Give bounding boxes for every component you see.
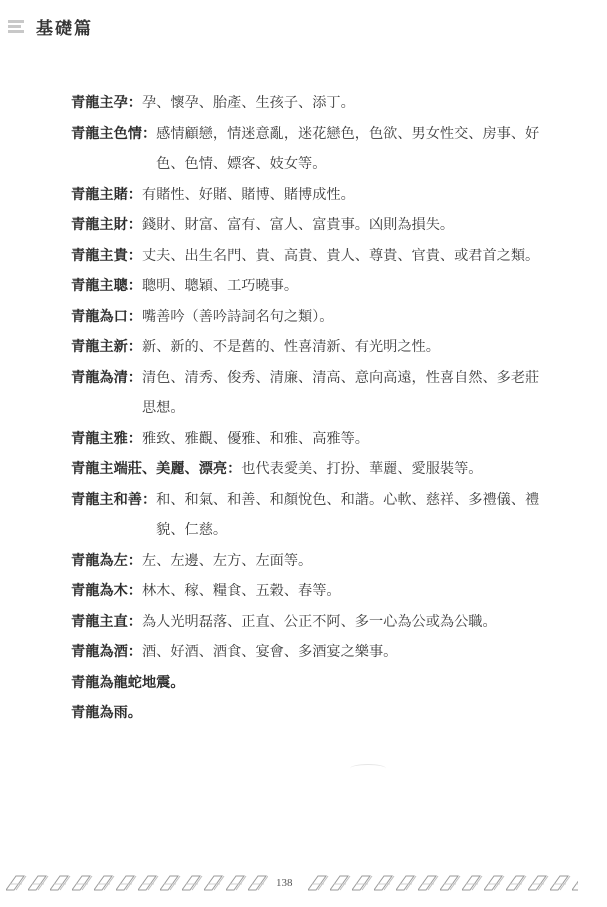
entry-item: 青龍主新：新、新的、不是舊的、性喜清新、有光明之性。 [71, 332, 551, 363]
entry-term: 青龍為酒： [71, 637, 142, 668]
entry-description: 丈夫、出生名門、貴、高貴、貴人、尊貴、官貴、或君首之類。 [142, 241, 551, 272]
entry-term: 青龍主孕： [71, 88, 142, 119]
entry-item: 青龍為龍蛇地震。 [71, 668, 551, 699]
entry-item: 青龍為雨。 [71, 698, 551, 729]
page-footer: 138 [0, 868, 607, 898]
entry-list: 青龍主孕：孕、懷孕、胎產、生孩子、添丁。青龍主色情：感情顧戀，情迷意亂，迷花戀色… [71, 88, 551, 729]
entry-description: 感情顧戀，情迷意亂，迷花戀色，色欲、男女性交、房事、好色、色情、嫖客、妓女等。 [156, 119, 551, 180]
entry-item: 青龍為清：清色、清秀、俊秀、清廉、清高、意向高遠，性喜自然、多老莊思想。 [71, 363, 551, 424]
entry-term: 青龍主直： [71, 607, 142, 638]
entry-item: 青龍主賭：有賭性、好賭、賭博、賭博成性。 [71, 180, 551, 211]
entry-description: 雅致、雅觀、優雅、和雅、高雅等。 [142, 424, 551, 455]
entry-description: 酒、好酒、酒食、宴會、多酒宴之樂事。 [142, 637, 551, 668]
entry-term: 青龍為清： [71, 363, 142, 424]
braid-ornament-right [308, 870, 578, 894]
entry-term: 青龍主聰： [71, 271, 142, 302]
entry-description: 和、和氣、和善、和顏悅色、和諧。心軟、慈祥、多禮儀、禮貌、仁慈。 [156, 485, 551, 546]
entry-item: 青龍主聰：聰明、聰穎、工巧曉事。 [71, 271, 551, 302]
entry-item: 青龍主和善：和、和氣、和善、和顏悅色、和諧。心軟、慈祥、多禮儀、禮貌、仁慈。 [71, 485, 551, 546]
entry-term: 青龍主和善： [71, 485, 156, 546]
entry-description: 林木、稼、糧食、五穀、春等。 [142, 576, 551, 607]
entry-term: 青龍為左： [71, 546, 142, 577]
entry-description: 為人光明磊落、正直、公正不阿、多一心為公或為公職。 [142, 607, 551, 638]
entry-item: 青龍主孕：孕、懷孕、胎產、生孩子、添丁。 [71, 88, 551, 119]
braid-ornament-left [6, 870, 268, 894]
entry-description: 孕、懷孕、胎產、生孩子、添丁。 [142, 88, 551, 119]
entry-term: 青龍主新： [71, 332, 142, 363]
entry-item: 青龍主端莊、美麗、漂亮：也代表愛美、打扮、華麗、愛服裝等。 [71, 454, 551, 485]
entry-term: 青龍為雨。 [71, 698, 142, 729]
entry-term: 青龍為木： [71, 576, 142, 607]
section-title: 基礎篇 [36, 14, 93, 39]
scan-smudge [350, 764, 386, 773]
entry-item: 青龍主財：錢財、財富、富有、富人、富貴事。凶則為損失。 [71, 210, 551, 241]
entry-description: 也代表愛美、打扮、華麗、愛服裝等。 [241, 454, 551, 485]
entry-term: 青龍為龍蛇地震。 [71, 668, 185, 699]
entry-description: 有賭性、好賭、賭博、賭博成性。 [142, 180, 551, 211]
entry-term: 青龍主端莊、美麗、漂亮： [71, 454, 241, 485]
entry-term: 青龍主雅： [71, 424, 142, 455]
entry-term: 青龍主賭： [71, 180, 142, 211]
page-number: 138 [276, 877, 293, 889]
entry-description [142, 698, 551, 729]
entry-item: 青龍為木：林木、稼、糧食、五穀、春等。 [71, 576, 551, 607]
entry-item: 青龍主色情：感情顧戀，情迷意亂，迷花戀色，色欲、男女性交、房事、好色、色情、嫖客… [71, 119, 551, 180]
arrow-marker-icon [8, 19, 28, 35]
entry-item: 青龍為左：左、左邊、左方、左面等。 [71, 546, 551, 577]
entry-term: 青龍主貴： [71, 241, 142, 272]
entry-item: 青龍主直：為人光明磊落、正直、公正不阿、多一心為公或為公職。 [71, 607, 551, 638]
entry-description [185, 668, 551, 699]
page-header: 基礎篇 [8, 14, 93, 39]
entry-item: 青龍主貴：丈夫、出生名門、貴、高貴、貴人、尊貴、官貴、或君首之類。 [71, 241, 551, 272]
entry-item: 青龍為酒：酒、好酒、酒食、宴會、多酒宴之樂事。 [71, 637, 551, 668]
entry-description: 左、左邊、左方、左面等。 [142, 546, 551, 577]
entry-item: 青龍為口：嘴善吟（善吟詩詞名句之類）。 [71, 302, 551, 333]
entry-description: 清色、清秀、俊秀、清廉、清高、意向高遠，性喜自然、多老莊思想。 [142, 363, 551, 424]
entry-term: 青龍主色情： [71, 119, 156, 180]
entry-term: 青龍為口： [71, 302, 142, 333]
entry-term: 青龍主財： [71, 210, 142, 241]
entry-description: 嘴善吟（善吟詩詞名句之類）。 [142, 302, 551, 333]
entry-description: 錢財、財富、富有、富人、富貴事。凶則為損失。 [142, 210, 551, 241]
entry-item: 青龍主雅：雅致、雅觀、優雅、和雅、高雅等。 [71, 424, 551, 455]
entry-description: 聰明、聰穎、工巧曉事。 [142, 271, 551, 302]
entry-description: 新、新的、不是舊的、性喜清新、有光明之性。 [142, 332, 551, 363]
